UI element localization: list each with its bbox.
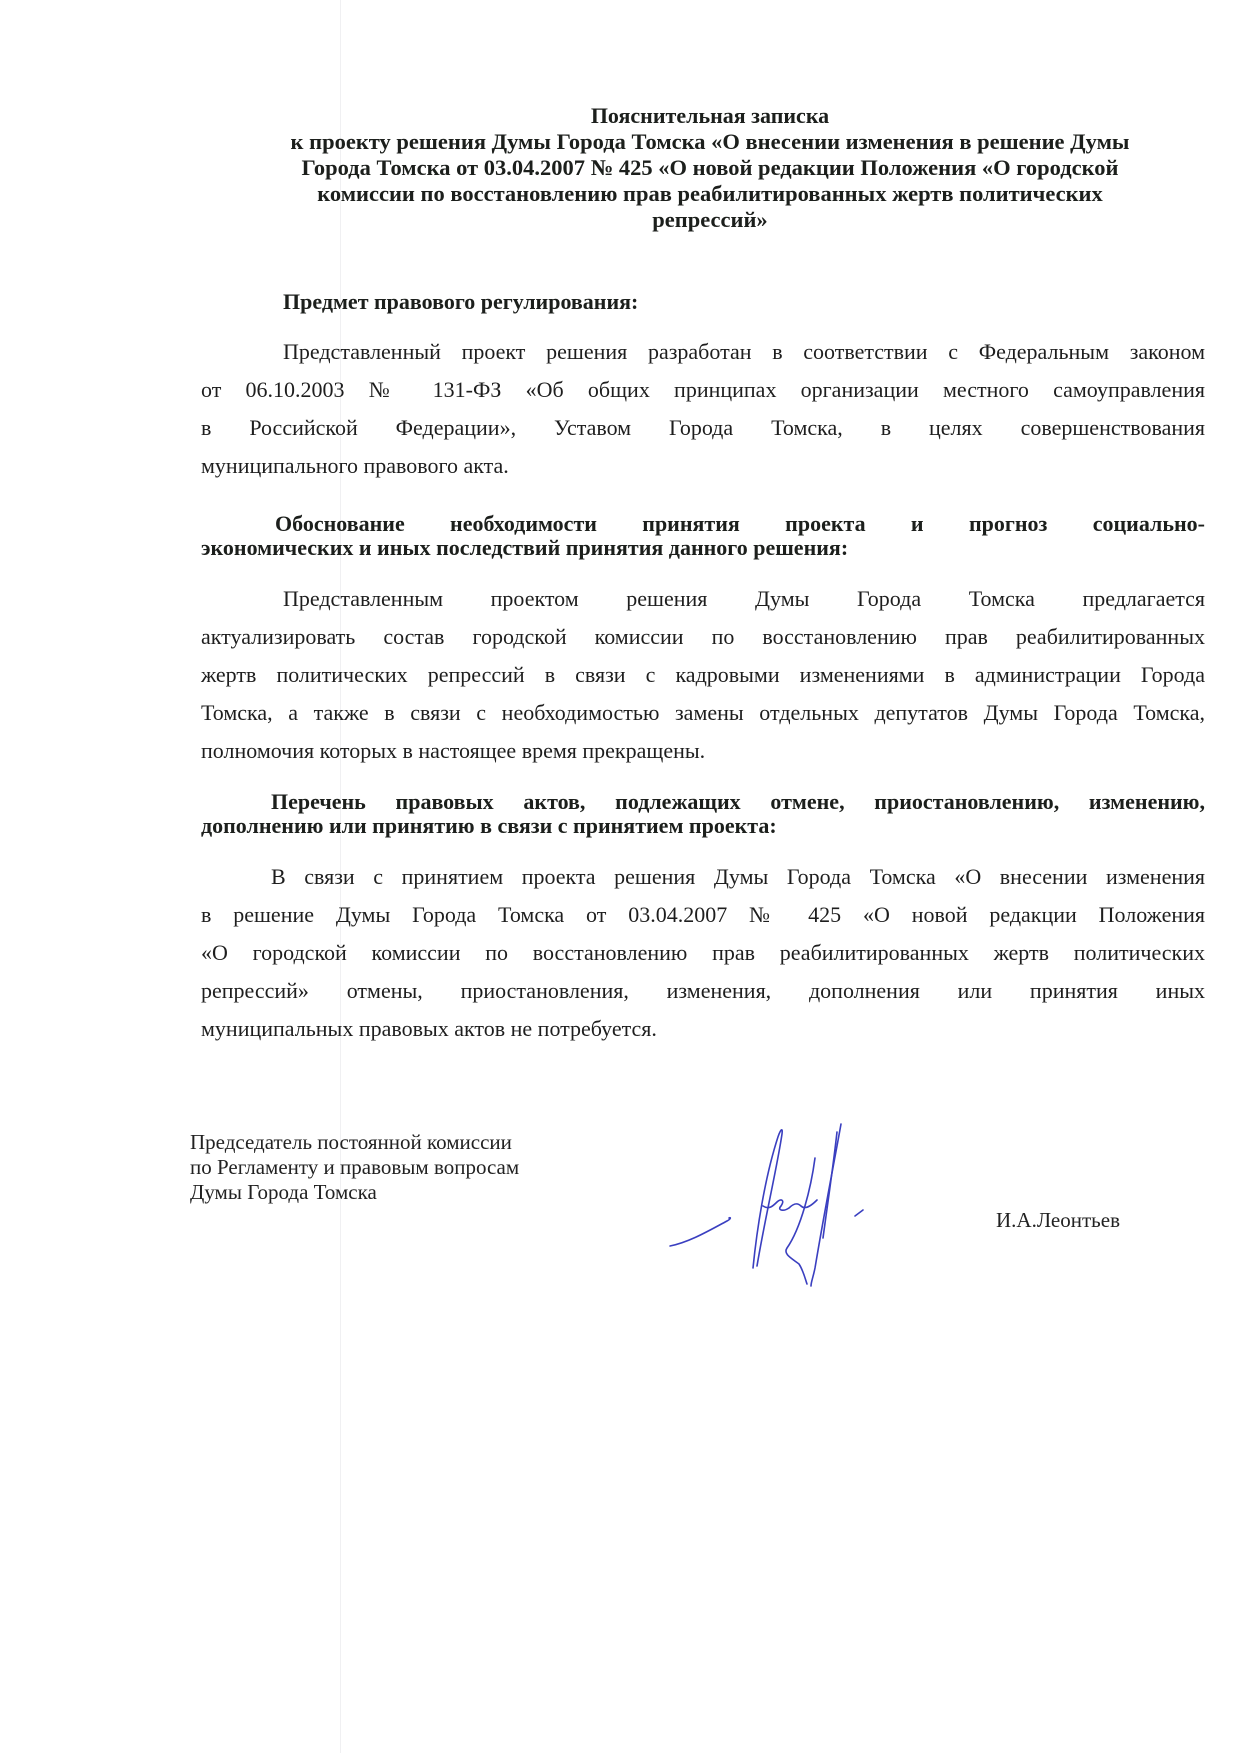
paragraph-line: от 06.10.2003 № 131-ФЗ «Об общих принцип… — [201, 371, 1205, 409]
section-body-justification: Представленным проектом решения Думы Гор… — [201, 580, 1205, 770]
signatory-name: И.А.Леонтьев — [996, 1208, 1120, 1233]
signatory-position: Председатель постоянной комиссии по Регл… — [190, 1130, 519, 1205]
paragraph-line: Томска, а также в связи с необходимостью… — [201, 694, 1205, 732]
paragraph-line: муниципальных правовых актов не потребуе… — [201, 1010, 1205, 1048]
position-line: Думы Города Томска — [190, 1180, 519, 1205]
heading-line: экономических и иных последствий приняти… — [201, 536, 1205, 560]
paragraph-line: Представленный проект решения разработан… — [201, 333, 1205, 371]
section-heading-justification: Обоснование необходимости принятия проек… — [201, 512, 1205, 560]
position-line: Председатель постоянной комиссии — [190, 1130, 519, 1155]
paragraph-line: актуализировать состав городской комисси… — [201, 618, 1205, 656]
paragraph-line: репрессий» отмены, приостановления, изме… — [201, 972, 1205, 1010]
title-line: репрессий» — [230, 207, 1190, 233]
paragraph-line: Представленным проектом решения Думы Гор… — [201, 580, 1205, 618]
section-body-subject: Представленный проект решения разработан… — [201, 333, 1205, 485]
title-line: комиссии по восстановлению прав реабилит… — [230, 181, 1190, 207]
position-line: по Регламенту и правовым вопросам — [190, 1155, 519, 1180]
section-heading-subject: Предмет правового регулирования: — [201, 290, 1205, 314]
paragraph-line: полномочия которых в настоящее время пре… — [201, 732, 1205, 770]
heading-text: Предмет правового регулирования: — [283, 289, 638, 314]
title-line: Пояснительная записка — [230, 103, 1190, 129]
paragraph-line: в решение Думы Города Томска от 03.04.20… — [201, 896, 1205, 934]
document-title: Пояснительная записка к проекту решения … — [230, 103, 1190, 233]
heading-line: дополнению или принятию в связи с принят… — [201, 814, 1205, 838]
paragraph-line: в Российской Федерации», Уставом Города … — [201, 409, 1205, 447]
title-line: к проекту решения Думы Города Томска «О … — [230, 129, 1190, 155]
paragraph-line: жертв политических репрессий в связи с к… — [201, 656, 1205, 694]
heading-line: Перечень правовых актов, подлежащих отме… — [201, 790, 1205, 814]
paragraph-line: В связи с принятием проекта решения Думы… — [201, 858, 1205, 896]
section-heading-legal-acts: Перечень правовых актов, подлежащих отме… — [201, 790, 1205, 838]
section-body-legal-acts: В связи с принятием проекта решения Думы… — [201, 858, 1205, 1048]
document-page: Пояснительная записка к проекту решения … — [0, 0, 1240, 1753]
title-line: Города Томска от 03.04.2007 № 425 «О нов… — [230, 155, 1190, 181]
paragraph-line: муниципального правового акта. — [201, 447, 1205, 485]
heading-line: Обоснование необходимости принятия проек… — [201, 512, 1205, 536]
handwritten-signature-icon — [665, 1118, 905, 1288]
paragraph-line: «О городской комиссии по восстановлению … — [201, 934, 1205, 972]
